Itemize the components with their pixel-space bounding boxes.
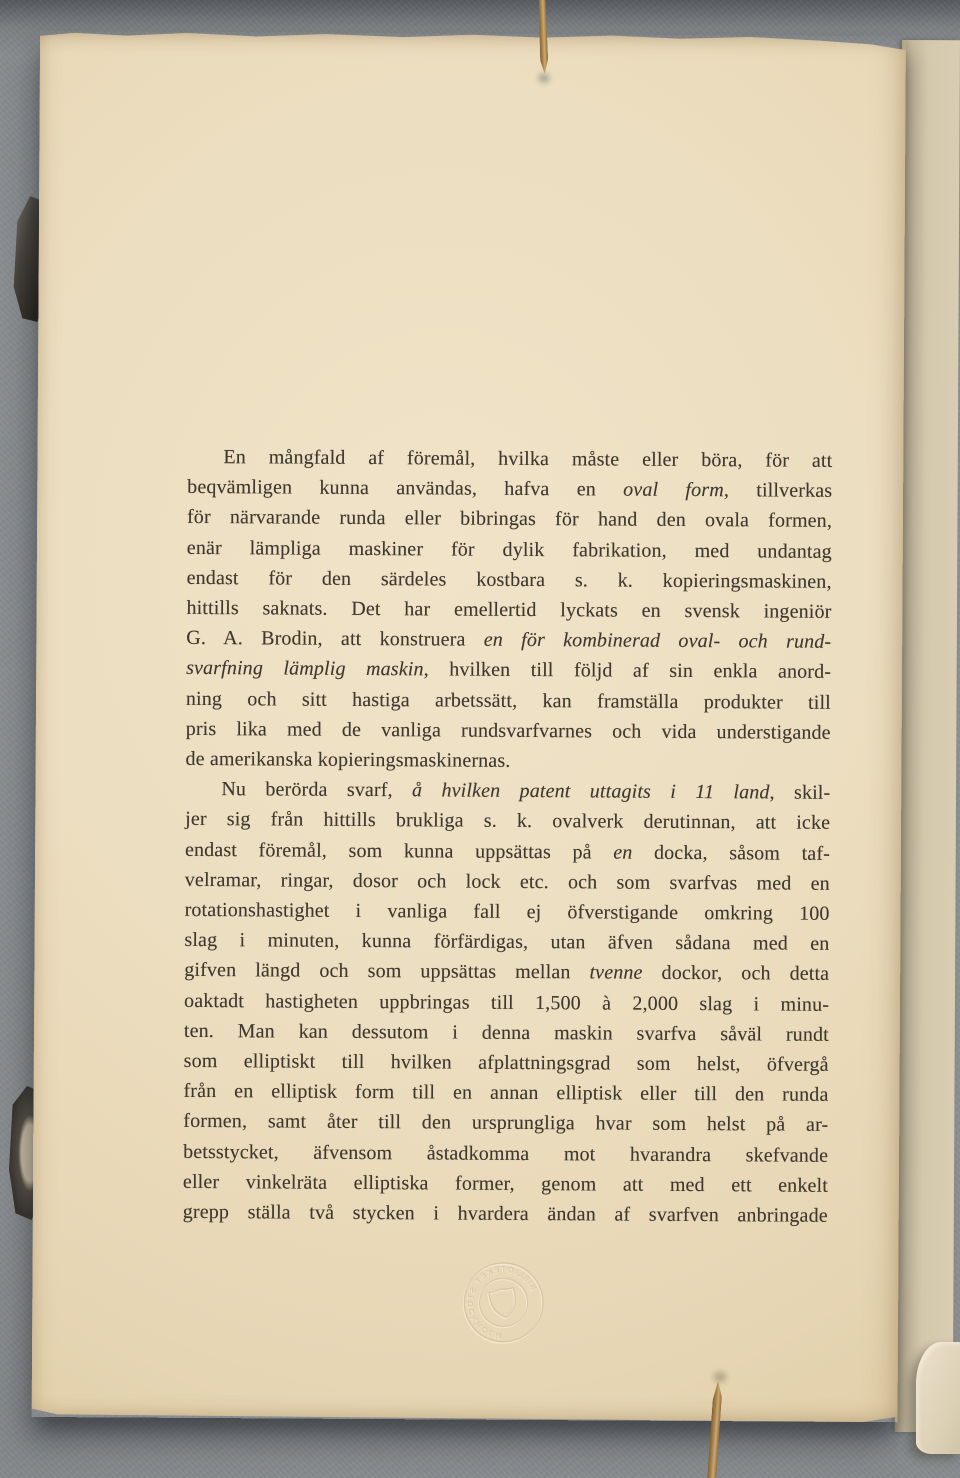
book-page: En mångfald af föremål, hvilka måste ell… [32, 31, 906, 1422]
text-segment: docka, såsom taf- [632, 841, 830, 864]
stamp-shadow: BIBLIOTEKET STOCKHOLM [457, 1256, 550, 1349]
italic-text-segment: en för kombinerad oval- och rund- [484, 629, 832, 653]
text-segment: , tillverkas [724, 479, 832, 502]
text-segment: G. A. Brodin, att konstruera [186, 627, 484, 651]
text-segment: de amerikanska kopieringsmaskinernas. [185, 748, 510, 772]
text-line: oaktadt hastigheten uppbringas till 1,50… [184, 986, 829, 1020]
text-line: En mångfald af föremål, hvilka måste ell… [187, 442, 832, 476]
text-segment: hittills saknats. Det har emellertid lyc… [186, 597, 831, 623]
text-line: formen, samt åter till den ursprungliga … [183, 1106, 828, 1140]
text-segment: som elliptiskt till hvilken afplattnings… [184, 1050, 829, 1076]
text-segment: endast för den särdeles kostbara s. k. k… [187, 567, 832, 593]
text-segment: ten. Man kan dessutom i denna maskin sva… [184, 1020, 829, 1046]
text-line: jer sig från hittills brukliga s. k. ova… [185, 804, 830, 838]
italic-text-segment: en [613, 841, 632, 863]
text-line: pris lika med de vanliga rundsvarfvarnes… [186, 714, 831, 748]
text-segment: oaktadt hastigheten uppbringas till 1,50… [184, 990, 829, 1016]
text-segment: rotationshastighet i vanliga fall ej öfv… [185, 899, 830, 925]
italic-text-segment: oval form [623, 479, 724, 502]
text-line: endast för den särdeles kostbara s. k. k… [187, 563, 832, 597]
text-segment: beqvämligen kunna användas, hafva en [187, 476, 623, 501]
text-segment: En mångfald af föremål, hvilka måste ell… [223, 446, 832, 472]
text-line: ten. Man kan dessutom i denna maskin sva… [184, 1016, 829, 1050]
text-line: rotationshastighet i vanliga fall ej öfv… [185, 895, 830, 929]
text-line: velramar, ringar, dosor och lock etc. oc… [185, 865, 830, 899]
text-segment: dockor, och detta [643, 962, 830, 985]
text-segment: från en elliptisk form till en annan ell… [183, 1080, 828, 1106]
text-segment: slag i minuten, kunna förfärdigas, utan … [184, 929, 829, 955]
text-segment: betsstycket, äfvensom åstadkomma mot hva… [183, 1141, 828, 1167]
text-line: hittills saknats. Det har emellertid lyc… [186, 593, 831, 627]
text-line: enär lämpliga maskiner för dylik fabrika… [187, 533, 832, 567]
text-segment: eller vinkelräta elliptiska former, geno… [183, 1171, 828, 1197]
text-segment: velramar, ringar, dosor och lock etc. oc… [185, 869, 830, 895]
scan-background: En mångfald af föremål, hvilka måste ell… [0, 0, 960, 1478]
text-line: eller vinkelräta elliptiska former, geno… [183, 1167, 828, 1201]
text-line: Nu berörda svarf, å hvilken patent uttag… [185, 774, 830, 808]
text-segment: gifven längd och som uppsättas mellan [184, 959, 589, 983]
text-line: från en elliptisk form till en annan ell… [183, 1076, 828, 1110]
text-segment: formen, samt åter till den ursprungliga … [183, 1110, 828, 1136]
text-line: beqvämligen kunna användas, hafva en ova… [187, 472, 832, 506]
text-segment: enär lämpliga maskiner för dylik fabrika… [187, 537, 832, 563]
stick-tip-smudge [710, 1368, 730, 1386]
text-line: de amerikanska kopieringsmaskinernas. [185, 744, 830, 778]
stick-tip-smudge [535, 70, 553, 86]
text-segment: för närvarande runda eller bibringas för… [187, 506, 832, 532]
text-segment: endast föremål, som kunna uppsättas på [185, 839, 613, 864]
italic-text-segment: svarfning lämplig maskin [186, 657, 424, 680]
embossed-library-stamp-icon: BIBLIOTEKET STOCKHOLM BIBLIOTEKET STOCKH… [447, 1246, 560, 1359]
text-line: som elliptiskt till hvilken afplattnings… [184, 1046, 829, 1080]
body-text: En mångfald af föremål, hvilka måste ell… [183, 442, 833, 1231]
text-line: G. A. Brodin, att konstruera en för komb… [186, 623, 831, 657]
text-segment: Nu berörda svarf, [221, 778, 412, 801]
text-line: grepp ställa två stycken i hvardera ända… [183, 1197, 828, 1231]
italic-text-segment: tvenne [589, 962, 642, 984]
text-line: betsstycket, äfvensom åstadkomma mot hva… [183, 1137, 828, 1171]
svg-text:BIBLIOTEKET STOCKHOLM: BIBLIOTEKET STOCKHOLM [459, 1258, 547, 1346]
text-segment: , hvilken till följd af sin enkla anord- [424, 659, 832, 683]
text-line: gifven längd och som uppsättas mellan tv… [184, 955, 829, 989]
text-segment: , skil- [770, 782, 831, 804]
text-segment: jer sig från hittills brukliga s. k. ova… [185, 808, 830, 834]
text-line: ning och sitt hastiga arbetssätt, kan fr… [186, 684, 831, 718]
text-line: svarfning lämplig maskin, hvilken till f… [186, 653, 831, 687]
next-page-folded-corner [916, 1342, 960, 1454]
italic-text-segment: å hvilken patent uttagits i 11 land [412, 780, 770, 804]
text-segment: grepp ställa två stycken i hvardera ända… [183, 1201, 828, 1227]
text-segment: pris lika med de vanliga rundsvarfvarnes… [186, 718, 831, 744]
text-line: endast föremål, som kunna uppsättas på e… [185, 835, 830, 869]
text-line: slag i minuten, kunna förfärdigas, utan … [184, 925, 829, 959]
text-segment: ning och sitt hastiga arbetssätt, kan fr… [186, 688, 831, 714]
text-line: för närvarande runda eller bibringas för… [187, 502, 832, 536]
